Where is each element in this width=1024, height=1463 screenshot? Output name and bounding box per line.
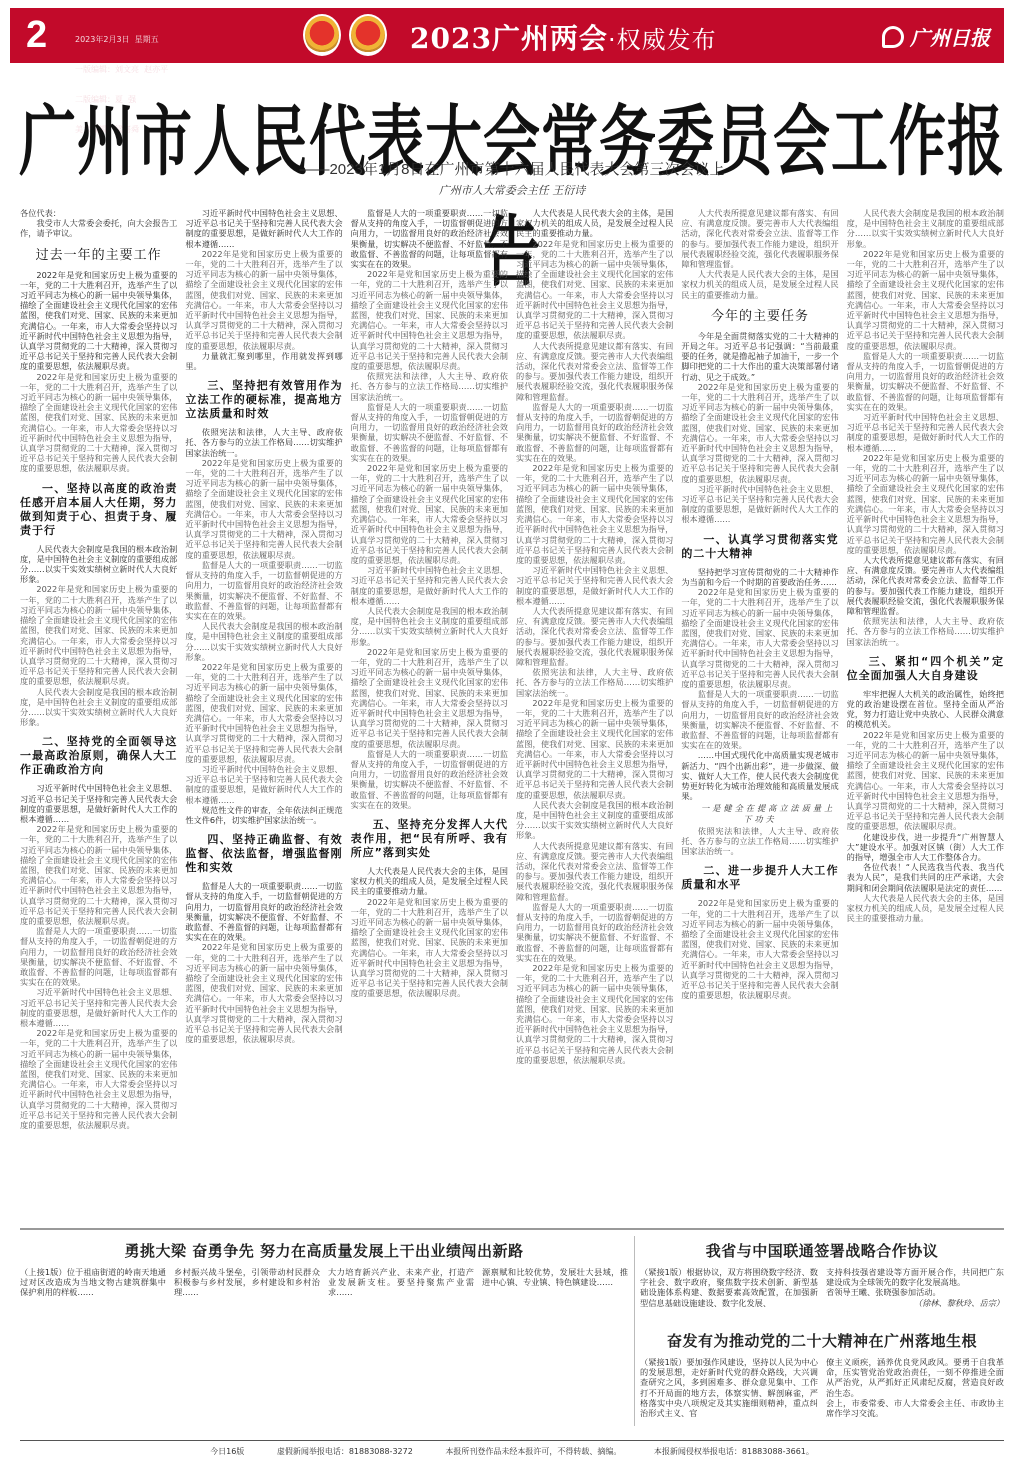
paragraph: 2022年是党和国家历史上极为重要的一年，党的二十大胜利召开，选举产生了以习近平… [351, 897, 508, 999]
paragraph: 人民代表大会制度是我国的根本政治制度，是中国特色社会主义制度的重要组成部分……以… [185, 621, 342, 662]
paragraph: 习近平新时代中国特色社会主义思想、习近平总书记关于坚持和完善人民代表大会制度的重… [185, 764, 342, 805]
column-2: 习近平新时代中国特色社会主义思想、习近平总书记关于坚持和完善人民代表大会制度的重… [185, 208, 342, 1220]
heading-this-year: 今年的主要任务 [681, 308, 838, 325]
paragraph: 2022年是党和国家历史上极为重要的一年，党的二十大胜利召开，选举产生了以习近平… [681, 587, 838, 689]
paragraph: 人大代表所提意见建议都有落实、有回应、有满意度反馈。要完善市人大代表编组活动，深… [516, 606, 673, 667]
column-1: 各位代表： 我受市人大常委会委托，向大会报告工作，请予审议。 过去一年的主要工作… [20, 208, 177, 1220]
heading-section-5: 五、坚持充分发挥人大代表作用，把“民有所呼、我有所应”落到实处 [351, 818, 508, 860]
heading-section-3: 三、坚持把有效管用作为立法工作的硬标准，提高地方立法质量和时效 [185, 379, 342, 421]
story-credit: （徐林、黎秋玲、岳宗） [826, 1298, 1004, 1308]
page-count: 今日16版 [210, 1447, 244, 1456]
footer-rule [20, 1440, 1004, 1441]
paragraph: 2022年是党和国家历史上极为重要的一年，党的二十大胜利召开，选举产生了以习近平… [20, 824, 177, 926]
subpoint-note: 一是健全在提高立法质量上下功夫 [681, 803, 838, 823]
story-col-1: （上接1版）位于祖庙街道的岭南天地通过对区改造成为当地文物古建筑群集中保护利用的… [20, 1267, 166, 1298]
story-col-2: 乡村振兴战斗堡垒，引领带动村民群众积极参与乡村发展，乡村建设和乡村治理…… [174, 1267, 320, 1298]
paragraph: 依照宪法和法律，人大主导、政府依托、各方参与的立法工作格局……切实维护国家法治统… [185, 427, 342, 458]
story-china-unicom: 我省与中国联通签署战略合作协议 （紧接1版）根据协议，双方将围绕数字经济、数字社… [640, 1240, 1004, 1308]
story-col-1: （紧接1版）根据协议，双方将围绕数字经济、数字社会、数字政府，聚焦数字技术创新、… [640, 1267, 818, 1308]
closing-paragraph: 各位代表！“人民选我当代表、我当代表为人民”，是我们共同的庄严承诺，大会期间和闭… [847, 862, 1004, 893]
paragraph: 人民代表大会制度是我国的根本政治制度，是中国特色社会主义制度的重要组成部分……以… [20, 544, 177, 585]
paragraph: 人大代表所提意见建议都有落实、有回应、有满意度反馈。要完善市人大代表编组活动，深… [516, 841, 673, 902]
intro-paragraph: 我受市人大常委会委托，向大会报告工作，请予审议。 [20, 218, 177, 238]
paragraph: 2022年是党和国家历史上极为重要的一年，党的二十大胜利召开，选举产生了以习近平… [20, 372, 177, 474]
brand-name: 广州日报 [910, 22, 990, 51]
paragraph: 牢牢把握人大机关的政治属性，始终把党的政治建设摆在首位。坚持全面从严治党，努力打… [847, 689, 1004, 730]
paragraph: 人民代表大会制度是我国的根本政治制度，是中国特色社会主义制度的重要组成部分……以… [351, 606, 508, 647]
paragraph: 人大代表是人民代表大会的主体，是国家权力机关的组成人员，是发展全过程人民民主的重… [847, 893, 1004, 924]
paragraph: 人大代表是人民代表大会的主体，是国家权力机关的组成人员，是发展全过程人民民主的重… [516, 208, 673, 239]
paragraph: 人民代表大会制度是我国的根本政治制度，是中国特色社会主义制度的重要组成部分……以… [847, 208, 1004, 249]
paragraph: 人民代表大会制度是我国的根本政治制度，是中国特色社会主义制度的重要组成部分……以… [20, 687, 177, 728]
heading-section-2: 二、坚持党的全面领导这一最高政治原则，确保人大工作正确政治方向 [20, 735, 177, 777]
story-columns: （上接1版）位于祖庙街道的岭南天地通过对区改造成为当地文物古建筑群集中保护利用的… [20, 1267, 628, 1298]
paragraph: 2022年是党和国家历史上极为重要的一年，党的二十大胜利召开，选举产生了以习近平… [516, 698, 673, 800]
paragraph: 监督是人大的一项重要职责……一切监督从支持的角度入手，一切监督朝促进的方向用力，… [681, 689, 838, 750]
paragraph: ……中国式现代化中高质量实现老城市新活力、“四个出新出彩”，进一步做深、做实、做… [681, 750, 838, 801]
heading-task-1: 一、认真学习贯彻落实党的二十大精神 [681, 533, 838, 561]
section-divider [20, 1228, 1004, 1230]
heading-task-2: 二、进一步提升人大工作质量和水平 [681, 864, 838, 892]
paragraph: 监督是人大的一项重要职责……一切监督从支持的角度入手，一切监督朝促进的方向用力，… [351, 208, 508, 269]
paragraph: 力量就汇聚到哪里，作用就发挥到哪里。 [185, 351, 342, 371]
page-number: 2 [26, 14, 47, 56]
paragraph: 2022年是党和国家历史上极为重要的一年，党的二十大胜利召开，选举产生了以习近平… [351, 647, 508, 749]
paragraph: 人大代表所提意见建议都有落实、有回应、有满意度反馈。要完善市人大代表编组活动，深… [516, 341, 673, 402]
paragraph: 依照宪法和法律，人大主导、政府依托、各方参与的立法工作格局……切实维护国家法治统… [351, 371, 508, 402]
story-headline[interactable]: 奋发有为推动党的二十大精神在广州落地生根 [640, 1330, 1004, 1351]
paragraph: 化建设步伐，进一步提升“广州智慧人大”建设水平。加强对区镇（街）人大工作的指导，… [847, 832, 1004, 863]
paragraph: 今年是全面贯彻落实党的二十大精神的开局之年。习近平总书记强调：“当前最重要的任务… [681, 331, 838, 382]
paragraph: 2022年是党和国家历史上极为重要的一年，党的二十大胜利召开，选举产生了以习近平… [847, 730, 1004, 832]
section-title-main: 2023广州两会 [410, 22, 608, 55]
cppcc-emblem-icon [349, 14, 387, 56]
paragraph: 习近平新时代中国特色社会主义思想、习近平总书记关于坚持和完善人民代表大会制度的重… [20, 783, 177, 824]
paragraph: 2022年是党和国家历史上极为重要的一年，党的二十大胜利召开，选举产生了以习近平… [20, 270, 177, 372]
paragraph: 监督是人大的一项重要职责……一切监督从支持的角度入手，一切监督朝促进的方向用力，… [847, 351, 1004, 412]
story-col-2: 僚主义顽疾，涵养优良党风政风。要勇于自我革命，压实管党治党政治责任，一刻不停推进… [826, 1357, 1004, 1418]
paragraph: 习近平新时代中国特色社会主义思想、习近平总书记关于坚持和完善人民代表大会制度的重… [516, 565, 673, 606]
paragraph: 人大代表是人民代表大会的主体，是国家权力机关的组成人员，是发展全过程人民民主的重… [351, 866, 508, 897]
column-6: 人民代表大会制度是我国的根本政治制度，是中国特色社会主义制度的重要组成部分……以… [847, 208, 1004, 1220]
emblems [303, 14, 387, 56]
story-headline[interactable]: 勇挑大梁 奋勇争先 努力在高质量发展上干出业绩闯出新路 [20, 1240, 628, 1261]
paragraph: 监督是人大的一项重要职责……一切监督从支持的角度入手，一切监督朝促进的方向用力，… [185, 881, 342, 942]
paragraph: 2022年是党和国家历史上极为重要的一年，党的二十大胜利召开，选举产生了以习近平… [20, 584, 177, 686]
editor-1: 一版编辑：刘文亮 赵亦平 [75, 65, 168, 75]
paragraph: 2022年是党和国家历史上极为重要的一年，党的二十大胜利召开，选举产生了以习近平… [847, 453, 1004, 555]
paragraph: 监督是人大的一项重要职责……一切监督从支持的角度入手，一切监督朝促进的方向用力，… [516, 902, 673, 963]
salutation: 各位代表： [20, 208, 177, 218]
paragraph: 坚持把学习宣传贯彻党的二十大精神作为当前和今后一个时期的首要政治任务…… [681, 567, 838, 587]
story-col-1: （紧接1版）要加强作风建设，坚持以人民为中心的发展思想，走好新时代党的群众路线，… [640, 1357, 818, 1418]
paragraph: 习近平新时代中国特色社会主义思想、习近平总书记关于坚持和完善人民代表大会制度的重… [847, 412, 1004, 453]
paragraph: 2022年是党和国家历史上极为重要的一年，党的二十大胜利召开，选举产生了以习近平… [185, 249, 342, 351]
paragraph: 2022年是党和国家历史上极为重要的一年，党的二十大胜利召开，选举产生了以习近平… [185, 942, 342, 1044]
paragraph: 2022年是党和国家历史上极为重要的一年，党的二十大胜利召开，选举产生了以习近平… [681, 382, 838, 484]
heading-section-1: 一、坚持以高度的政治责任感开启本届人大任期，努力做到知责于心、担责于身、履责于行 [20, 482, 177, 538]
paragraph: 2022年是党和国家历史上极为重要的一年，党的二十大胜利召开，选举产生了以习近平… [516, 963, 673, 1065]
brand-logo[interactable]: 广州日报 [882, 22, 990, 51]
story-text: 支持科技强省建设等方面开展合作，共同把广东建设成为全球领先的数字化发展高地。 [826, 1267, 1004, 1287]
section-title: 2023广州两会·权威发布 [410, 17, 717, 57]
national-emblem-icon [303, 14, 341, 56]
story-text: 僚主义顽疾，涵养优良党风政风。要勇于自我革命，压实管党治党政治责任，一刻不停推进… [826, 1357, 1004, 1398]
heading-past-year: 过去一年的主要工作 [20, 247, 177, 264]
story-twentieth-congress: 奋发有为推动党的二十大精神在广州落地生根 （紧接1版）要加强作风建设，坚持以人民… [640, 1330, 1004, 1418]
paragraph: 习近平新时代中国特色社会主义思想、习近平总书记关于坚持和完善人民代表大会制度的重… [20, 987, 177, 1028]
story-col-3: 大力培育新兴产业、未来产业，打造产业发展新支柱。要坚持聚焦产业需求…… [328, 1267, 474, 1298]
paragraph: 2022年是党和国家历史上极为重要的一年，党的二十大胜利召开，选举产生了以习近平… [681, 898, 838, 1000]
masthead-banner: 2 2023年2月3日 星期五 一版编辑：刘文亮 赵亦平 二版编辑：夏 强 美术… [10, 8, 1004, 63]
article-byline: 广州市人大常委会主任 王衍诗 [0, 182, 1024, 198]
story-columns: （紧接1版）要加强作风建设，坚持以人民为中心的发展思想，走好新时代党的群众路线，… [640, 1357, 1004, 1418]
paragraph: 习近平新时代中国特色社会主义思想、习近平总书记关于坚持和完善人民代表大会制度的重… [185, 208, 342, 249]
paragraph: 2022年是党和国家历史上极为重要的一年，党的二十大胜利召开，选举产生了以习近平… [516, 239, 673, 341]
paragraph: 2022年是党和国家历史上极为重要的一年，党的二十大胜利召开，选举产生了以习近平… [185, 662, 342, 764]
story-columns: （紧接1版）根据协议，双方将围绕数字经济、数字社会、数字政府，聚焦数字技术创新、… [640, 1267, 1004, 1308]
story-col-4: 源禀赋和比较优势，发展壮大县域，推进中心镇、专业镇、特色镇建设…… [482, 1267, 628, 1298]
paragraph: 2022年是党和国家历史上极为重要的一年，党的二十大胜利召开，选举产生了以习近平… [351, 463, 508, 565]
paragraph: 监督是人大的一项重要职责……一切监督从支持的角度入手，一切监督朝促进的方向用力，… [516, 402, 673, 463]
paragraph: 监督是人大的一项重要职责……一切监督从支持的角度入手，一切监督朝促进的方向用力，… [20, 926, 177, 987]
paragraph: 2022年是党和国家历史上极为重要的一年，党的二十大胜利召开，选举产生了以习近平… [847, 249, 1004, 351]
paragraph: 监督是人大的一项重要职责……一切监督从支持的角度入手，一切监督朝促进的方向用力，… [185, 560, 342, 621]
column-3: 监督是人大的一项重要职责……一切监督从支持的角度入手，一切监督朝促进的方向用力，… [351, 208, 508, 1220]
paragraph: 习近平新时代中国特色社会主义思想、习近平总书记关于坚持和完善人民代表大会制度的重… [351, 565, 508, 606]
infringement-hotline: 本报新闻侵权举报电话：81883088-3661。 [654, 1447, 814, 1456]
paragraph: 习近平新时代中国特色社会主义思想、习近平总书记关于坚持和完善人民代表大会制度的重… [681, 484, 838, 525]
paragraph: 人大代表所提意见建议都有落实、有回应、有满意度反馈。要完善市人大代表编组活动，深… [681, 208, 838, 269]
brand-mark-icon [882, 26, 904, 48]
edition-date: 2023年2月3日 星期五 [75, 35, 168, 45]
section-title-sub: ·权威发布 [608, 26, 717, 54]
story-col-2: 支持科技强省建设等方面开展合作，共同把广东建设成为全球领先的数字化发展高地。 省… [826, 1267, 1004, 1308]
heading-section-4: 四、坚持正确监督、有效监督、依法监督，增强监督刚性和实效 [185, 833, 342, 875]
paragraph: 2022年是党和国家历史上极为重要的一年，党的二十大胜利召开，选举产生了以习近平… [185, 458, 342, 560]
article-subhead: ——2023年1月8日在广州市第十六届人民代表大会第三次会议上 [0, 158, 1024, 179]
paragraph: 2022年是党和国家历史上极为重要的一年，党的二十大胜利召开，选举产生了以习近平… [20, 1028, 177, 1130]
column-4: 人大代表是人民代表大会的主体，是国家权力机关的组成人员，是发展全过程人民民主的重… [516, 208, 673, 1220]
column-rule [634, 1236, 635, 1426]
paragraph: 人民代表大会制度是我国的根本政治制度，是中国特色社会主义制度的重要组成部分……以… [516, 800, 673, 841]
paragraph: 2022年是党和国家历史上极为重要的一年，党的二十大胜利召开，选举产生了以习近平… [351, 269, 508, 371]
report-body: 各位代表： 我受市人大常委会委托，向大会报告工作，请予审议。 过去一年的主要工作… [20, 208, 1004, 1220]
paragraph: 规范性文件的审查，全年依法纠正规范性文件6件，切实维护国家法治统一。 [185, 805, 342, 825]
paragraph: 人大代表所提意见建议都有落实、有回应、有满意度反馈。要完善市人大代表编组活动，深… [847, 555, 1004, 616]
fake-news-hotline: 虚假新闻举报电话：81883088-3272 [277, 1447, 413, 1456]
paragraph: 监督是人大的一项重要职责……一切监督从支持的角度入手，一切监督朝促进的方向用力，… [351, 402, 508, 463]
story-headline[interactable]: 我省与中国联通签署战略合作协议 [640, 1240, 1004, 1261]
paragraph: 依照宪法和法律，人大主导、政府依托、各方参与的立法工作格局……切实维护国家法治统… [847, 616, 1004, 647]
paragraph: 2022年是党和国家历史上极为重要的一年，党的二十大胜利召开，选举产生了以习近平… [516, 463, 673, 565]
copyright-notice: 本报所刊登作品未经本报许可，不得转载、摘编。 [445, 1447, 621, 1456]
page-footer: 今日16版 虚假新闻举报电话：81883088-3272 本报所刊登作品未经本报… [0, 1446, 1024, 1457]
paragraph: 依照宪法和法律，人大主导、政府依托、各方参与的立法工作格局……切实维护国家法治统… [681, 826, 838, 857]
story-text: 省领导王曦、张晓强参加活动。 [826, 1287, 1004, 1297]
paragraph: 依照宪法和法律，人大主导、政府依托、各方参与的立法工作格局……切实维护国家法治统… [516, 667, 673, 698]
heading-task-3: 三、紧扣“四个机关”定位全面加强人大自身建设 [847, 655, 1004, 683]
story-high-quality-development: 勇挑大梁 奋勇争先 努力在高质量发展上干出业绩闯出新路 （上接1版）位于祖庙街道… [20, 1240, 628, 1425]
column-5: 人大代表所提意见建议都有落实、有回应、有满意度反馈。要完善市人大代表编组活动，深… [681, 208, 838, 1220]
story-text: 会上，市委常委、市人大常委会主任、市政协主席作学习交流。 [826, 1398, 1004, 1418]
paragraph: 人大代表是人民代表大会的主体，是国家权力机关的组成人员，是发展全过程人民民主的重… [681, 269, 838, 300]
paragraph: 监督是人大的一项重要职责……一切监督从支持的角度入手，一切监督朝促进的方向用力，… [351, 749, 508, 810]
